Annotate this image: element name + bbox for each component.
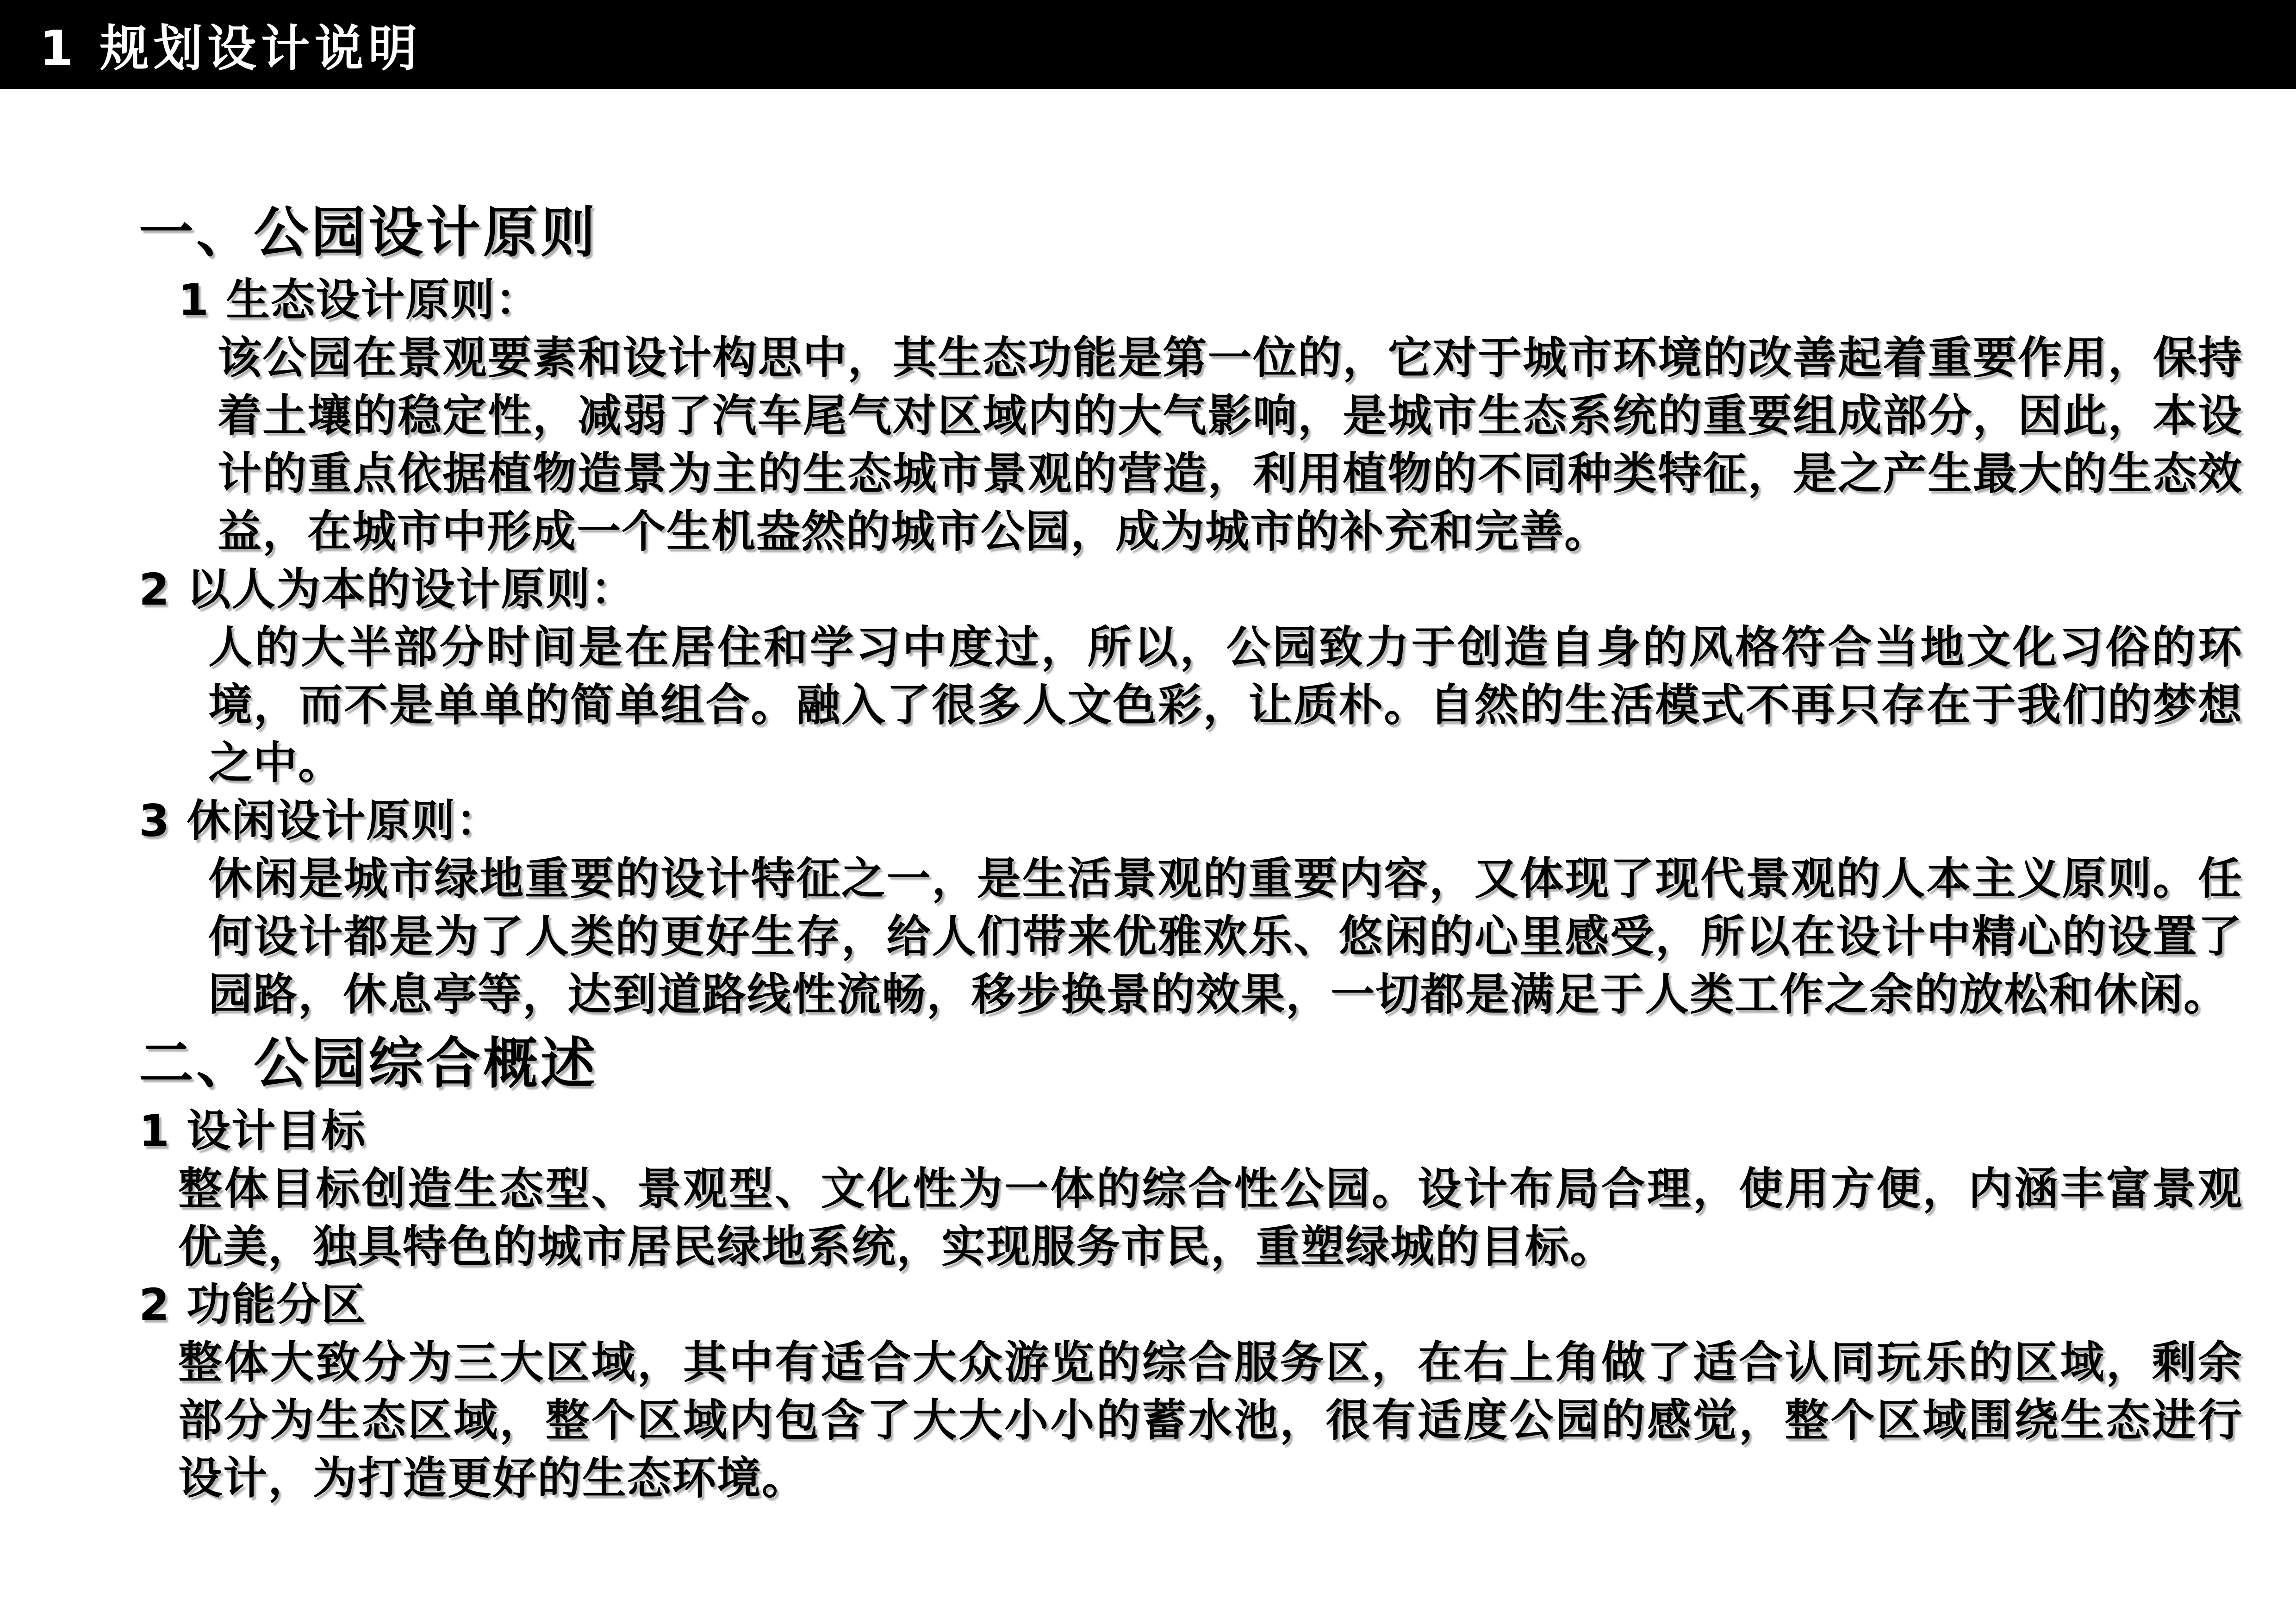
title-bar: 1 规划设计说明 — [0, 0, 2296, 89]
section-heading-2: 二、公园综合概述 — [139, 1024, 2243, 1103]
document-page: 1 规划设计说明 一、公园设计原则 1 生态设计原则： 该公园在景观要素和设计构… — [0, 0, 2296, 1624]
item-paragraph: 整体目标创造生态型、景观型、文化性为一体的综合性公园。设计布局合理，使用方便，内… — [178, 1161, 2243, 1276]
list-item-leisure-principle: 3 休闲设计原则： 休闲是城市绿地重要的设计特征之一，是生活景观的重要内容，又体… — [139, 793, 2243, 1024]
item-label: 2 以人为本的设计原则： — [139, 561, 2243, 619]
document-body: 一、公园设计原则 1 生态设计原则： 该公园在景观要素和设计构思中，其生态功能是… — [0, 89, 2296, 1508]
item-paragraph: 人的大半部分时间是在居住和学习中度过，所以，公园致力于创造自身的风格符合当地文化… — [208, 619, 2243, 793]
item-label: 1 设计目标 — [139, 1103, 2243, 1161]
item-paragraph: 休闲是城市绿地重要的设计特征之一，是生活景观的重要内容，又体现了现代景观的人本主… — [208, 850, 2243, 1024]
item-paragraph: 整体大致分为三大区域，其中有适合大众游览的综合服务区，在右上角做了适合认同玩乐的… — [178, 1334, 2243, 1508]
page-title: 1 规划设计说明 — [39, 9, 422, 80]
list-item-ecology-principle: 1 生态设计原则： 该公园在景观要素和设计构思中，其生态功能是第一位的，它对于城… — [139, 272, 2243, 561]
list-item-function-zones: 2 功能分区 整体大致分为三大区域，其中有适合大众游览的综合服务区，在右上角做了… — [139, 1276, 2243, 1508]
item-label: 1 生态设计原则： — [178, 272, 2243, 330]
item-paragraph: 该公园在景观要素和设计构思中，其生态功能是第一位的，它对于城市环境的改善起着重要… — [218, 330, 2243, 561]
list-item-design-goal: 1 设计目标 整体目标创造生态型、景观型、文化性为一体的综合性公园。设计布局合理… — [139, 1103, 2243, 1276]
list-item-people-principle: 2 以人为本的设计原则： 人的大半部分时间是在居住和学习中度过，所以，公园致力于… — [139, 561, 2243, 793]
section-heading-1: 一、公园设计原则 — [139, 193, 2243, 272]
item-label: 3 休闲设计原则： — [139, 793, 2243, 850]
item-label: 2 功能分区 — [139, 1276, 2243, 1334]
